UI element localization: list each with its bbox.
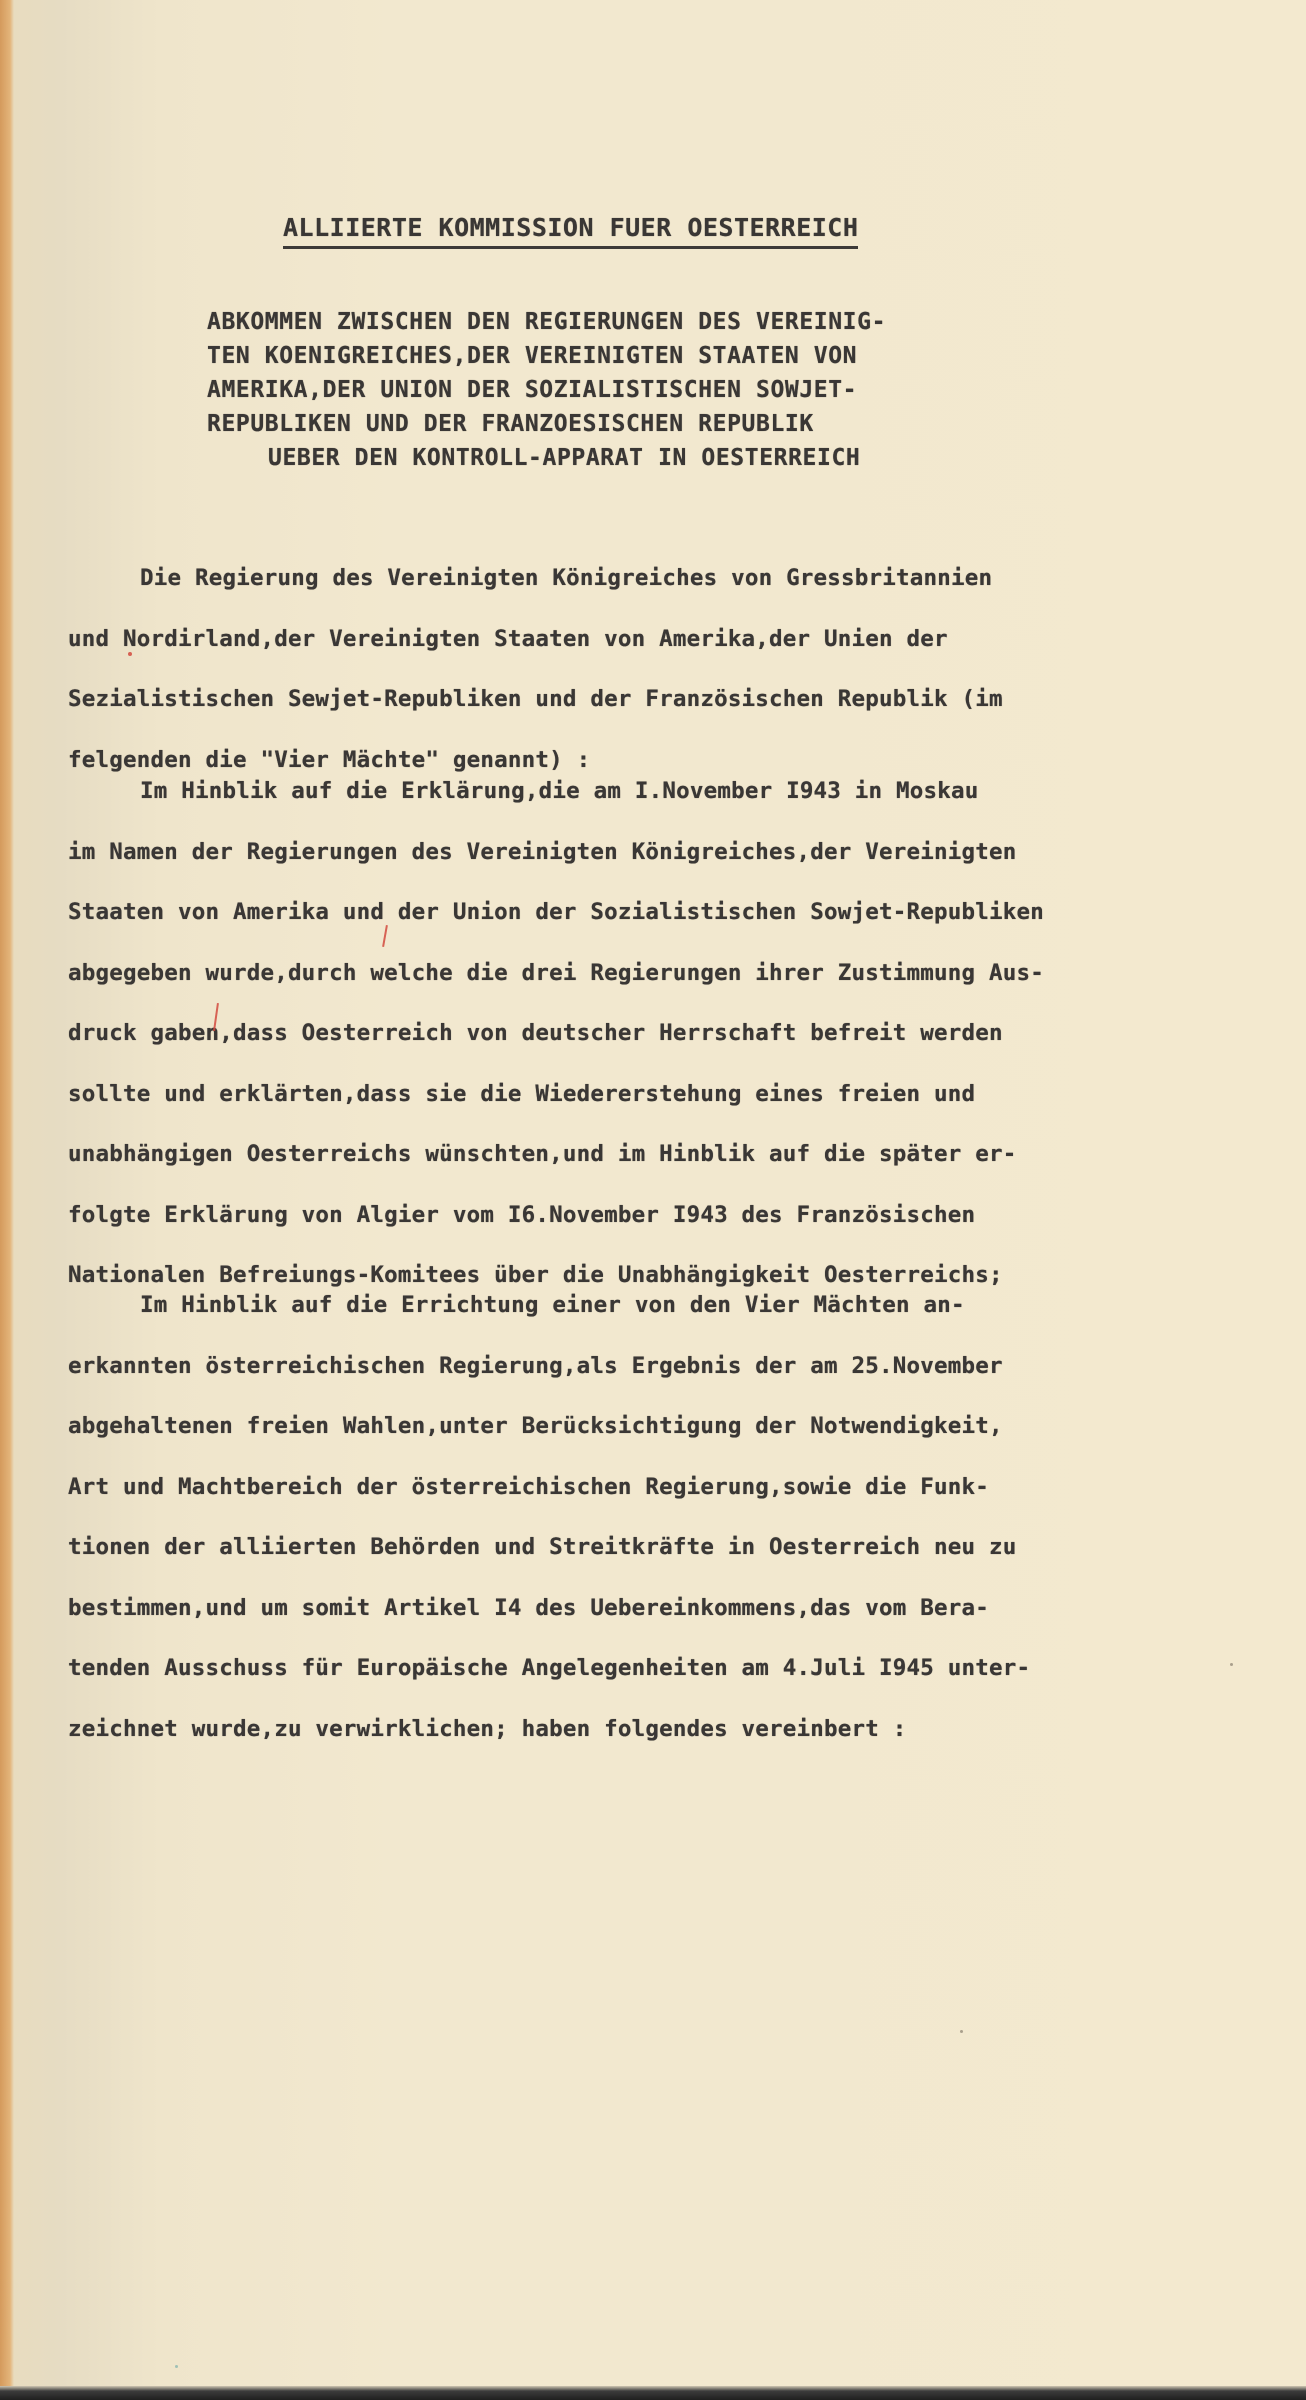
body-line: Nationalen Befreiungs-Komitees über die … xyxy=(68,1260,1003,1290)
document-heading: ALLIIERTE KOMMISSION FUER OESTERREICH xyxy=(283,212,858,249)
body-line: Staaten von Amerika und der Union der So… xyxy=(68,897,1044,927)
body-line: abgehaltenen freien Wahlen,unter Berücks… xyxy=(68,1411,1003,1441)
body-line: Sezialistischen Sewjet-Republiken und de… xyxy=(68,684,1003,714)
subheading-line: AMERIKA,DER UNION DER SOZIALISTISCHEN SO… xyxy=(207,375,857,405)
subheading-line: REPUBLIKEN UND DER FRANZOESISCHEN REPUBL… xyxy=(207,409,814,439)
body-line: abgegeben wurde,durch welche die drei Re… xyxy=(68,958,1044,988)
document-page: ALLIIERTE KOMMISSION FUER OESTERREICH AB… xyxy=(0,0,1306,2400)
body-line: im Namen der Regierungen des Vereinigten… xyxy=(68,837,1016,867)
body-line: zeichnet wurde,zu verwirklichen; haben f… xyxy=(68,1714,907,1744)
red-ink-dot xyxy=(128,652,132,656)
body-line: Im Hinblik auf die Erklärung,die am I.No… xyxy=(140,776,979,806)
body-line: bestimmen,und um somit Artikel I4 des Ue… xyxy=(68,1593,989,1623)
body-line: felgenden die "Vier Mächte" genannt) : xyxy=(68,745,590,775)
body-line: unabhängigen Oesterreichs wünschten,und … xyxy=(68,1139,1016,1169)
body-line: tionen der alliierten Behörden und Strei… xyxy=(68,1532,1016,1562)
paper-speck xyxy=(175,2365,178,2368)
paper-speck xyxy=(1230,1663,1233,1666)
body-line: und Nordirland,der Vereinigten Staaten v… xyxy=(68,624,948,654)
body-line: druck gaben,dass Oesterreich von deutsch… xyxy=(68,1018,1003,1048)
subheading-line: ABKOMMEN ZWISCHEN DEN REGIERUNGEN DES VE… xyxy=(207,307,886,337)
body-line: tenden Ausschuss für Europäische Angeleg… xyxy=(68,1653,1030,1683)
body-line: Im Hinblik auf die Errichtung einer von … xyxy=(140,1290,965,1320)
subheading-line: TEN KOENIGREICHES,DER VEREINIGTEN STAATE… xyxy=(207,341,857,371)
subheading-line: UEBER DEN KONTROLL-APPARAT IN OESTERREIC… xyxy=(268,443,860,473)
body-line: Die Regierung des Vereinigten Königreich… xyxy=(140,563,992,593)
body-line: sollte und erklärten,dass sie die Wieder… xyxy=(68,1079,975,1109)
scan-bottom-edge xyxy=(0,2386,1306,2400)
paper-speck xyxy=(960,2030,963,2033)
body-line: Art und Machtbereich der österreichische… xyxy=(68,1472,989,1502)
body-line: erkannten österreichischen Regierung,als… xyxy=(68,1351,1003,1381)
body-line: folgte Erklärung von Algier vom I6.Novem… xyxy=(68,1200,975,1230)
red-pencil-mark xyxy=(382,925,388,947)
